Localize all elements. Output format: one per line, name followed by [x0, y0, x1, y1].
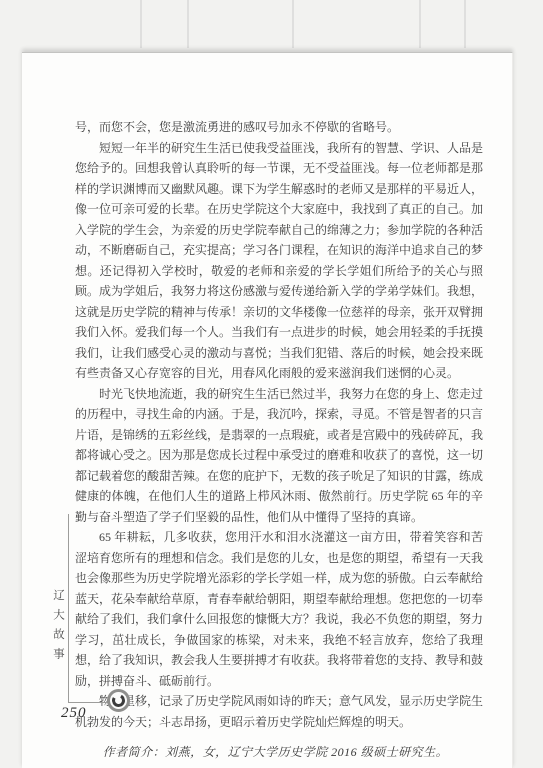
book-page: 号，而您不会，您是激流勇进的感叹号加永不停歇的省略号。 短短一年半的研究生生活已… — [22, 52, 513, 768]
paragraph-continuation: 号，而您不会，您是激流勇进的感叹号加永不停歇的省略号。 — [75, 117, 483, 138]
sidebar-rule-horizontal — [68, 702, 109, 703]
paragraph: 短短一年半的研究生生活已使我受益匪浅，我所有的智慧、学识、人品是您给予的。回想我… — [75, 138, 483, 384]
paragraph: 时光飞快地流逝，我的研究生生活已然过半，我努力在您的身上、您走过的历程中，寻找生… — [75, 384, 483, 528]
sidebar-rule-vertical — [68, 514, 69, 703]
page-edge-streak — [464, 0, 466, 48]
page-edge-streak — [187, 0, 189, 48]
page-edge-streak — [140, 0, 142, 48]
book-edge-shadow — [0, 0, 543, 52]
clock-face — [111, 693, 127, 709]
paragraph: 物换星移，记录了历史学院风雨如诗的昨天；意气风发，显示历史学院生机勃发的今天；斗… — [75, 691, 483, 732]
page-number: 250 — [61, 705, 87, 722]
page-edge-streak — [292, 0, 294, 48]
body-text: 号，而您不会，您是激流勇进的感叹号加永不停歇的省略号。 短短一年半的研究生生活已… — [75, 117, 483, 763]
paragraph: 65 年耕耘，几多收获，您用汗水和泪水浇灌这一亩方田，带着笑容和苦涩培育您所有的… — [75, 527, 483, 691]
page-edge-streak — [419, 0, 421, 48]
author-note: 作者简介：刘燕，女，辽宁大学历史学院 2016 级硕士研究生。 — [75, 742, 483, 763]
clock-icon — [107, 689, 130, 712]
